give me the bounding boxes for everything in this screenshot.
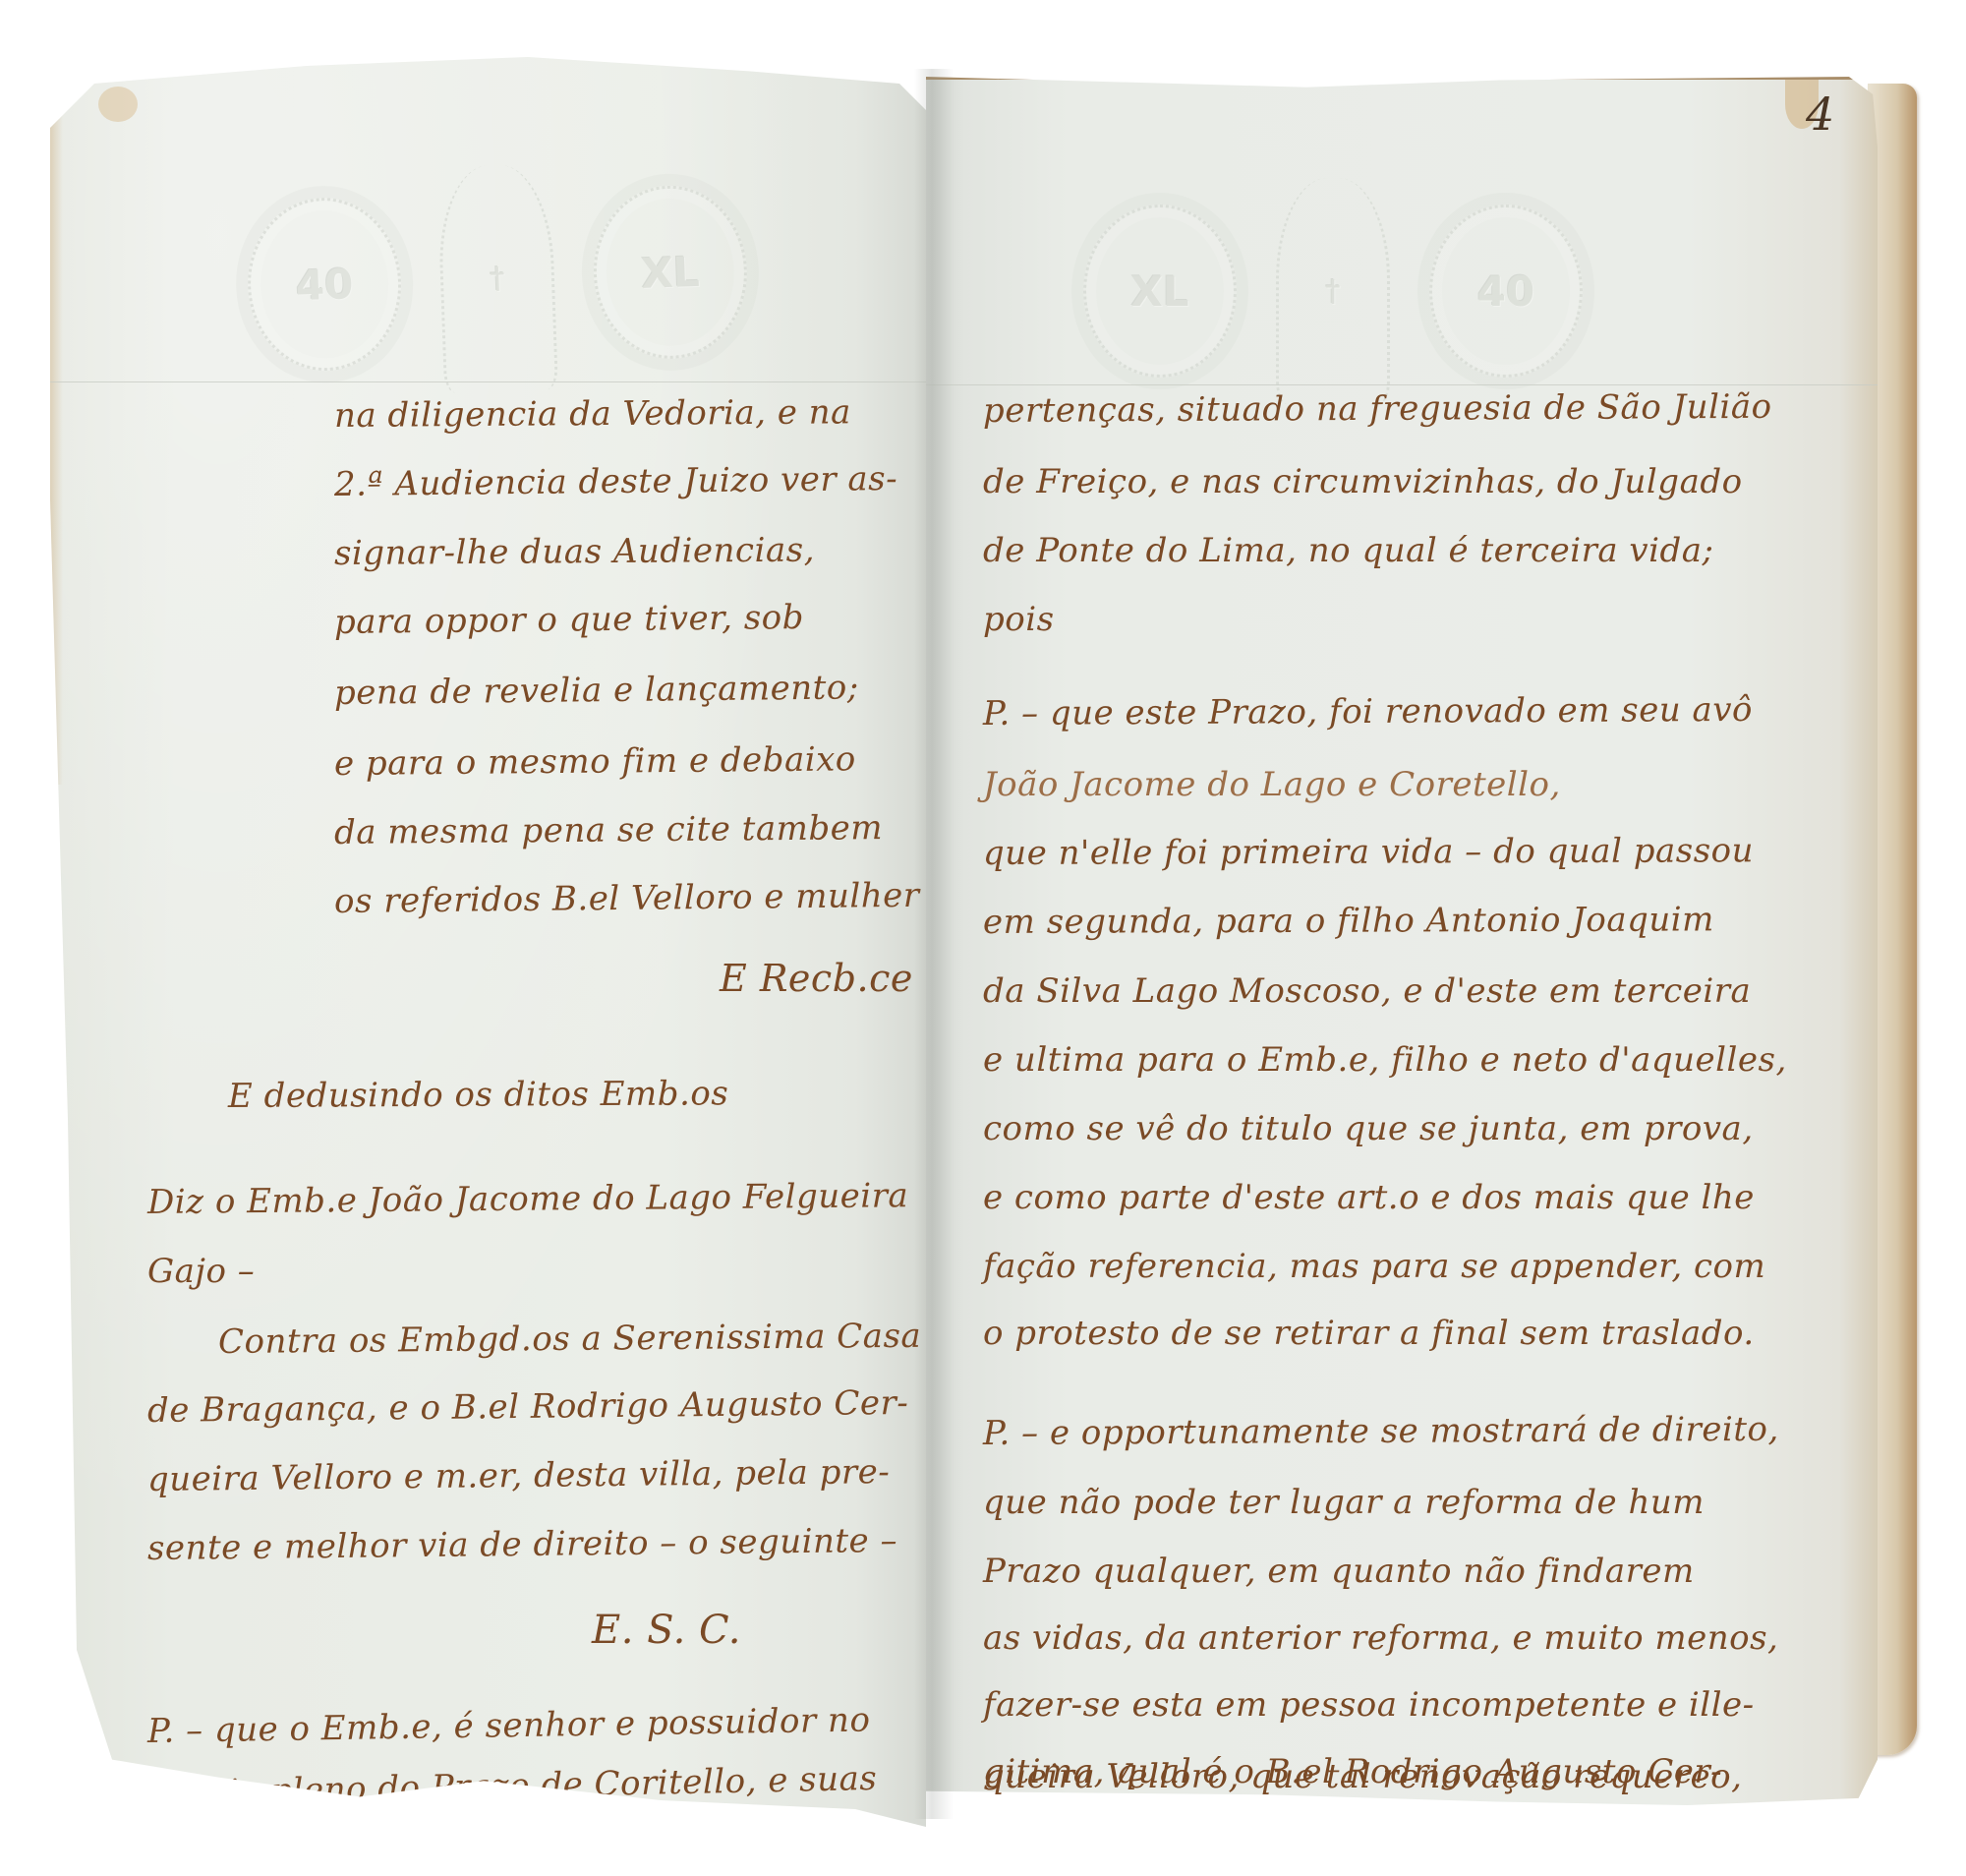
open-manuscript-book: 40 † XL na diligencia da Vedoria, e na 2… xyxy=(0,0,1966,1876)
manuscript-line: e para o mesmo fim e debaixo xyxy=(334,742,856,781)
manuscript-line: os referidos B.el Velloro e mulher xyxy=(334,879,920,918)
manuscript-line: de Freiço, e nas circumvizinhas, do Julg… xyxy=(983,465,1743,498)
manuscript-line: o protesto de se retirar a final sem tra… xyxy=(983,1317,1755,1350)
edge-stain xyxy=(41,116,63,785)
manuscript-line: Contra os Embgd.os a Serenissima Casa xyxy=(218,1319,921,1359)
embossed-seal-group-left: 40 † XL xyxy=(244,156,751,400)
left-page: 40 † XL na diligencia da Vedoria, e na 2… xyxy=(41,57,926,1827)
manuscript-heading: E dedusindo os ditos Emb.os xyxy=(228,1077,728,1113)
manuscript-line: de Bragança, e o B.el Rodrigo Augusto Ce… xyxy=(147,1386,909,1428)
manuscript-line: para oppor o que tiver, sob xyxy=(334,601,804,639)
foxing-stain xyxy=(98,87,138,122)
manuscript-line: fazer-se esta em pessoa incompetente e i… xyxy=(983,1688,1755,1722)
manuscript-line: queira Velloro, que tal renovação requer… xyxy=(983,1760,1742,1793)
ruled-line xyxy=(926,384,1878,385)
manuscript-line: da Silva Lago Moscoso, e d'este em terce… xyxy=(983,974,1751,1008)
manuscript-abbreviation: E. S. C. xyxy=(592,1611,741,1650)
manuscript-line: da mesma pena se cite tambem xyxy=(334,811,883,850)
folio-number: 4 xyxy=(1806,91,1834,137)
manuscript-line: 2.ª Audiencia deste Juizo ver as- xyxy=(334,462,897,501)
manuscript-line: P. – que o Emb.e, é senhor e possuidor n… xyxy=(147,1703,871,1748)
manuscript-line: Prazo qualquer, em quanto não findarem xyxy=(983,1554,1695,1588)
manuscript-line: signar-lhe duas Audiencias, xyxy=(334,534,815,570)
right-page: 4 XL † 40 pertenças, situado na freguesi… xyxy=(926,77,1878,1830)
manuscript-line: Gajo – xyxy=(147,1255,255,1288)
manuscript-line: e como parte d'este art.o e dos mais que… xyxy=(983,1181,1755,1214)
manuscript-line: queira Velloro e m.er, desta villa, pela… xyxy=(147,1455,891,1496)
manuscript-line: P. – que este Prazo, foi renovado em seu… xyxy=(983,693,1753,731)
embossed-seal-icon: 40 xyxy=(1429,205,1583,378)
manuscript-line: João Jacome do Lago e Coretello, xyxy=(983,768,1561,801)
manuscript-line: pertenças, situado na freguesia de São J… xyxy=(983,390,1772,428)
manuscript-line: como se vê do titulo que se junta, em pr… xyxy=(983,1112,1754,1145)
embossed-crest-icon: † xyxy=(436,163,558,393)
manuscript-line: dominio pleno do Prazo de Coritello, e s… xyxy=(120,1762,878,1811)
embossed-seal-group-right: XL † 40 xyxy=(1083,178,1583,404)
manuscript-line: pois xyxy=(983,603,1055,636)
manuscript-line: em segunda, para o filho Antonio Joaquim xyxy=(983,903,1714,939)
manuscript-abbreviation: E Recb.ce xyxy=(720,960,913,997)
embossed-crest-icon: † xyxy=(1276,178,1390,404)
manuscript-line: P. – e opportunamente se mostrará de dir… xyxy=(983,1413,1779,1450)
embossed-seal-icon: XL xyxy=(591,183,750,361)
manuscript-line: pena de revelia e lançamento; xyxy=(334,671,859,710)
manuscript-line: de Ponte do Lima, no qual é terceira vid… xyxy=(983,534,1713,567)
manuscript-line: as vidas, da anterior reforma, e muito m… xyxy=(983,1621,1778,1655)
manuscript-line: fação referencia, mas para se appender, … xyxy=(983,1250,1765,1283)
embossed-seal-icon: XL xyxy=(1083,205,1237,378)
embossed-seal-icon: 40 xyxy=(245,195,404,373)
manuscript-line: sente e melhor via de direito – o seguin… xyxy=(147,1524,897,1565)
manuscript-line: e ultima para o Emb.e, filho e neto d'aq… xyxy=(983,1043,1787,1077)
manuscript-line: que n'elle foi primeira vida – do qual p… xyxy=(983,834,1754,870)
manuscript-line: que não pode ter lugar a reforma de hum xyxy=(983,1486,1705,1519)
manuscript-line: na diligencia da Vedoria, e na xyxy=(334,395,851,433)
ruled-line xyxy=(41,381,926,382)
manuscript-line: Diz o Emb.e João Jacome do Lago Felgueir… xyxy=(147,1179,909,1219)
